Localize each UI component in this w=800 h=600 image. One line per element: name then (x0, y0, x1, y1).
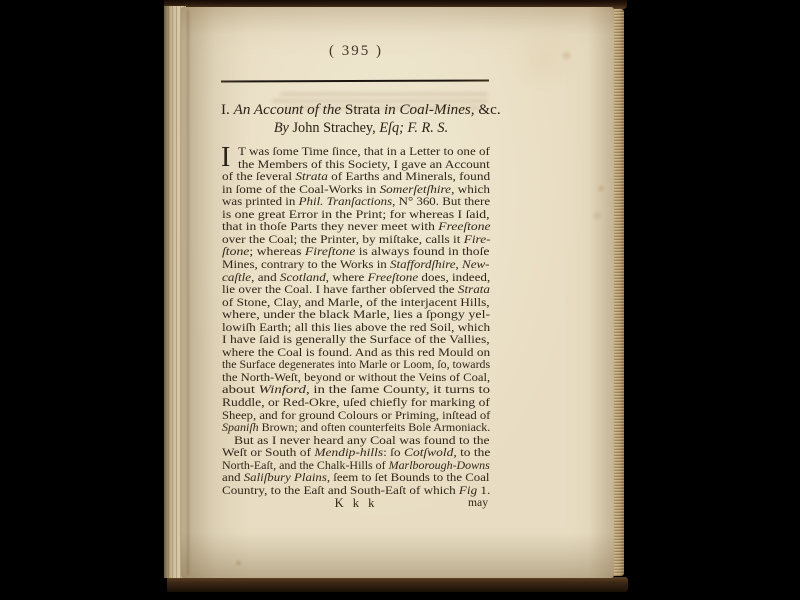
page-number: ( 395 ) (222, 43, 490, 60)
article-byline: By John Strachey, Eſq; F. R. S. (221, 120, 501, 136)
signature-mark: K k k (335, 496, 378, 511)
article-title: I. An Account of the Strata in Coal-Mine… (221, 102, 501, 118)
gutter-crease (187, 10, 189, 575)
catchword: may (468, 496, 488, 509)
photo-stage: ( 395 ) I. An Account of the Strata in C… (0, 0, 800, 600)
signature-line: K k k may (222, 496, 490, 510)
fore-edge (614, 9, 624, 576)
book-cover-bottom-edge (167, 577, 628, 592)
drop-cap: I (221, 145, 238, 171)
